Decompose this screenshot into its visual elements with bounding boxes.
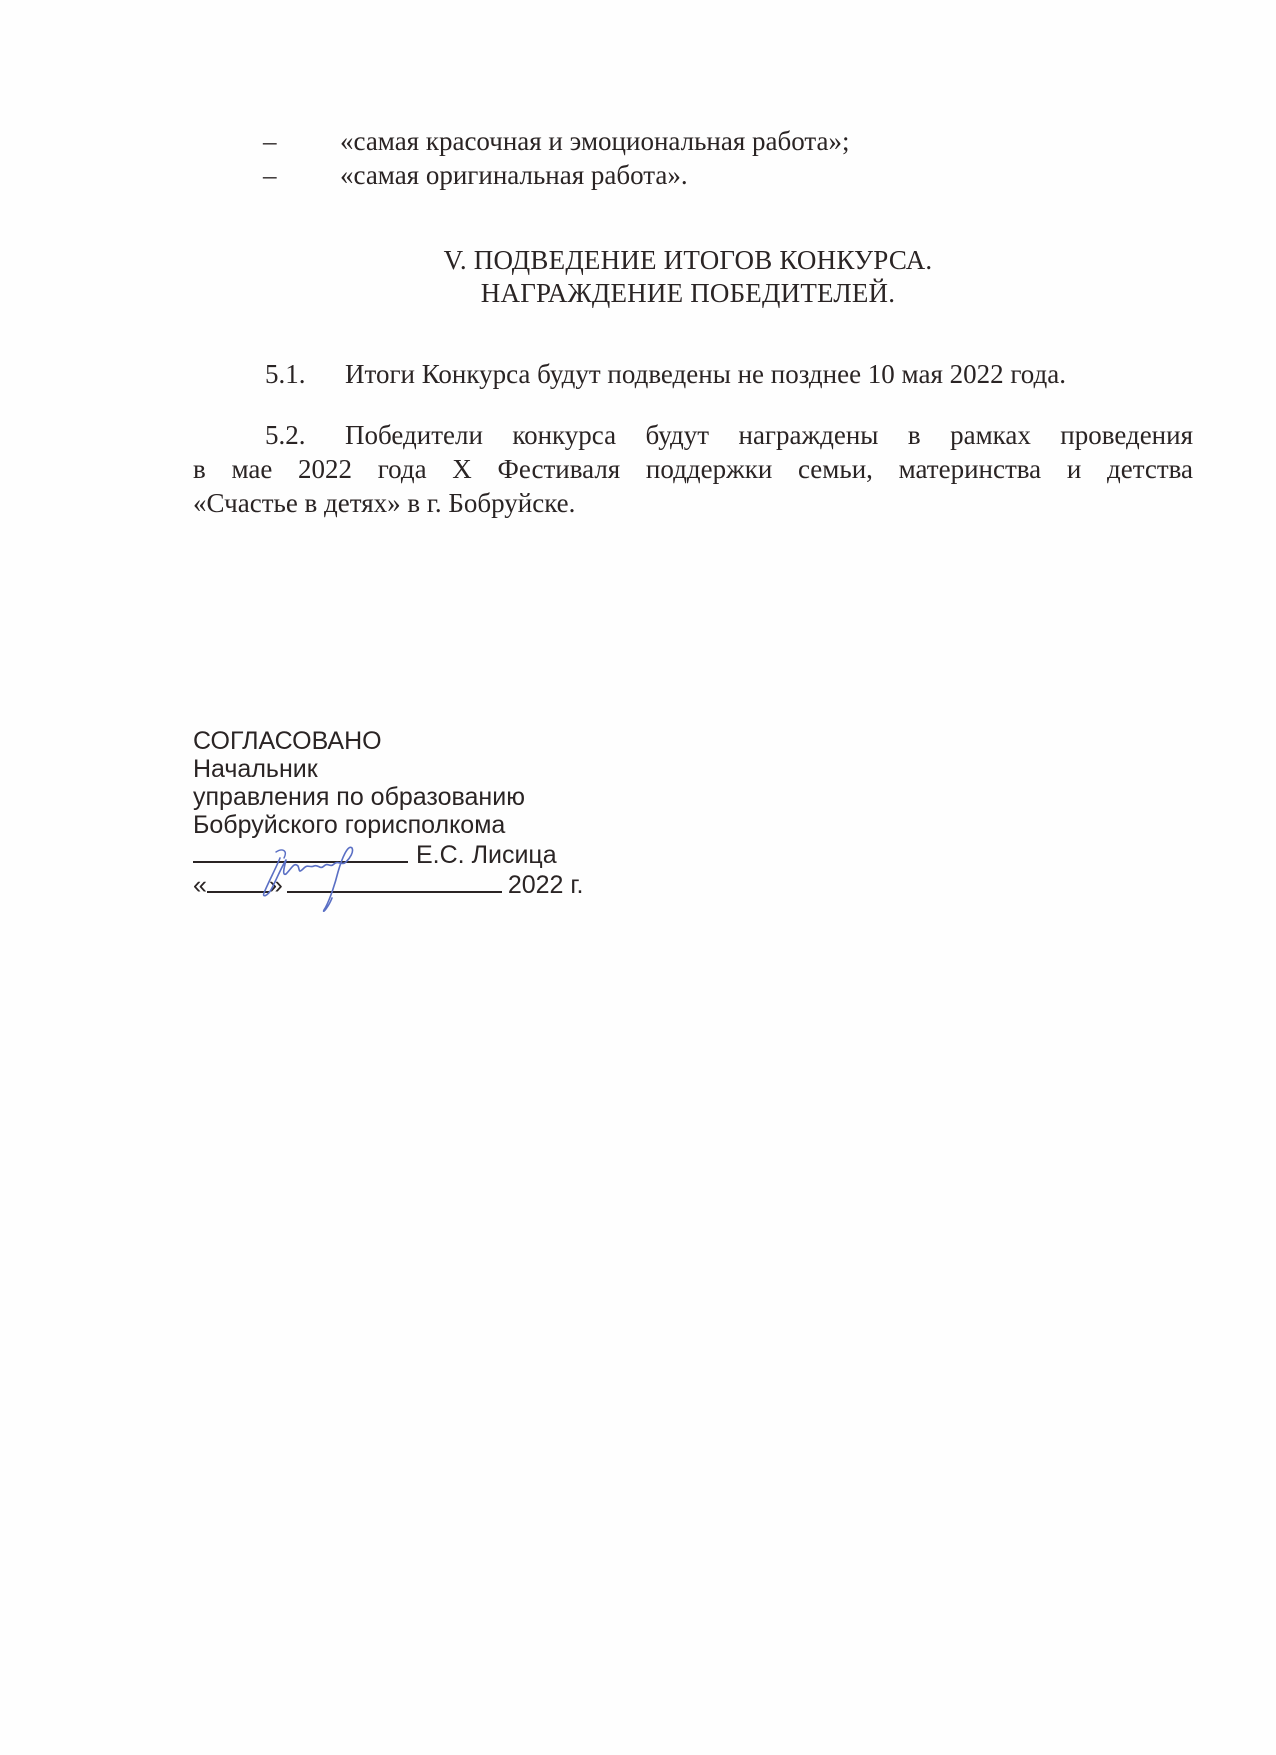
date-open-quote: «: [193, 871, 207, 899]
handwritten-signature-icon: [258, 838, 378, 918]
paragraph-5-1: 5.1.Итоги Конкурса будут подведены не по…: [193, 357, 1193, 391]
paragraph-number: 5.1.: [265, 357, 345, 391]
section-heading: V. ПОДВЕДЕНИЕ ИТОГОВ КОНКУРСА.: [50, 243, 1276, 277]
date-year: 2022 г.: [508, 871, 584, 899]
paragraph-text: Итоги Конкурса будут подведены не поздне…: [345, 359, 1066, 389]
paragraph-line: 5.2.Победители конкурса будут награждены…: [193, 418, 1193, 452]
approval-position: управления по образованию: [193, 783, 583, 811]
paragraph-line: «Счастье в детях» в г. Бобруйске.: [193, 486, 1193, 520]
paragraph-number: 5.2.: [265, 418, 345, 452]
paragraph-line: 5.1.Итоги Конкурса будут подведены не по…: [193, 357, 1193, 391]
date-line: «»2022 г.: [193, 869, 583, 899]
section-heading-subtitle: НАГРАЖДЕНИЕ ПОБЕДИТЕЛЕЙ.: [50, 276, 1276, 310]
paragraph-text: Победители конкурса будут награждены в р…: [345, 420, 1193, 450]
approval-block: СОГЛАСОВАНО Начальник управления по обра…: [193, 727, 583, 899]
approval-position: Начальник: [193, 755, 583, 783]
bullet-dash: –: [263, 158, 277, 192]
approval-label: СОГЛАСОВАНО: [193, 727, 583, 755]
document-page: – «самая красочная и эмоциональная работ…: [0, 0, 1276, 1755]
signature-line: Е.С. Лисица: [193, 839, 583, 869]
paragraph-line: в мае 2022 года X Фестиваля поддержки се…: [193, 452, 1193, 486]
bullet-text: «самая оригинальная работа».: [340, 158, 688, 192]
approval-position: Бобруйского горисполкома: [193, 811, 583, 839]
bullet-dash: –: [263, 124, 277, 158]
signer-name: Е.С. Лисица: [416, 841, 557, 869]
bullet-text: «самая красочная и эмоциональная работа»…: [340, 124, 850, 158]
paragraph-5-2: 5.2.Победители конкурса будут награждены…: [193, 418, 1193, 520]
